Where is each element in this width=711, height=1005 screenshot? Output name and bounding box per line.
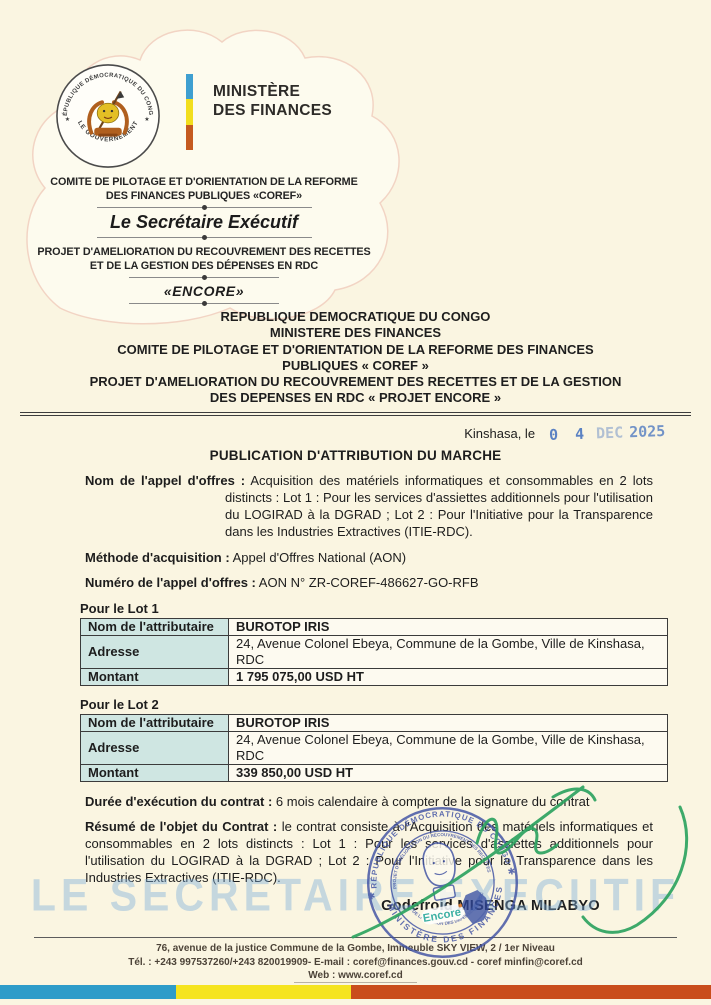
double-rule (20, 412, 691, 416)
tender-name-paragraph: Nom de l'appel d'offres : Acquisition de… (85, 472, 653, 540)
tender-number-label: Numéro de l'appel d'offres : (85, 575, 256, 590)
flag-yellow-stripe (176, 985, 351, 999)
tender-number-text: AON N° ZR-COREF-486627-GO-RFB (259, 575, 479, 590)
lot2-heading: Pour le Lot 2 (80, 697, 711, 712)
committee-line: COMITE DE PILOTAGE ET D'ORIENTATION DE L… (14, 176, 394, 190)
method-text: Appel d'Offres National (AON) (233, 550, 406, 565)
divider-dot-rule (97, 234, 312, 241)
encore-label: «ENCORE» (14, 283, 394, 299)
table-row: Nom de l'attributaire BUROTOP IRIS (81, 618, 668, 635)
document-page: RÉPUBLIQUE DÉMOCRATIQUE DU CONGO LE GOUV… (0, 0, 711, 1005)
date-stamp-year: 2025 (629, 422, 666, 441)
letterhead-org-block: COMITE DE PILOTAGE ET D'ORIENTATION DE L… (14, 176, 394, 307)
title-line: COMITE DE PILOTAGE ET D'ORIENTATION DE L… (0, 342, 711, 358)
method-line: Méthode d'acquisition : Appel d'Offres N… (85, 550, 653, 565)
method-label: Méthode d'acquisition : (85, 550, 230, 565)
row-value: 24, Avenue Colonel Ebeya, Commune de la … (229, 731, 668, 764)
lot1-table: Nom de l'attributaire BUROTOP IRIS Adres… (80, 618, 668, 686)
row-label: Nom de l'attributaire (81, 714, 229, 731)
letterhead: RÉPUBLIQUE DÉMOCRATIQUE DU CONGO LE GOUV… (0, 0, 711, 170)
star-icon: ★ (65, 116, 70, 123)
divider-dot-rule (97, 204, 312, 211)
flag-vertical-bar (186, 74, 193, 150)
lot1-heading: Pour le Lot 1 (80, 601, 711, 616)
row-label: Montant (81, 668, 229, 685)
document-title: PUBLICATION D'ATTRIBUTION DU MARCHE (0, 448, 711, 463)
footer-web: Web : www.coref.cd (294, 970, 416, 983)
flag-yellow-segment (186, 99, 193, 124)
dateline: Kinshasa, le 0 4DEC2025 (0, 424, 665, 442)
row-value: 24, Avenue Colonel Ebeya, Commune de la … (229, 635, 668, 668)
duration-label: Durée d'exécution du contrat : (85, 794, 272, 809)
row-label: Adresse (81, 635, 229, 668)
ministry-line: DES FINANCES (213, 101, 332, 120)
secretary-title: Le Secrétaire Exécutif (14, 212, 394, 233)
tender-number-line: Numéro de l'appel d'offres : AON N° ZR-C… (85, 575, 653, 590)
row-value: BUROTOP IRIS (229, 714, 668, 731)
title-line: MINISTERE DES FINANCES (0, 325, 711, 341)
tender-name-text: Acquisition des matériels informatiques … (225, 473, 653, 539)
project-line: ET DE LA GESTION DES DÉPENSES EN RDC (14, 260, 394, 274)
title-line: PUBLIQUES « COREF » (0, 358, 711, 374)
divider-dot-rule (129, 274, 279, 281)
divider-dot-rule (129, 300, 279, 307)
flag-blue-segment (186, 74, 193, 99)
table-row: Montant 1 795 075,00 USD HT (81, 668, 668, 685)
table-row: Adresse 24, Avenue Colonel Ebeya, Commun… (81, 635, 668, 668)
ministry-line: MINISTÈRE (213, 82, 332, 101)
row-label: Adresse (81, 731, 229, 764)
flag-bottom-bar (0, 985, 711, 999)
table-row: Nom de l'attributaire BUROTOP IRIS (81, 714, 668, 731)
date-stamp: 0 4DEC2025 (548, 422, 665, 444)
government-seal: RÉPUBLIQUE DÉMOCRATIQUE DU CONGO LE GOUV… (54, 62, 162, 170)
row-value: BUROTOP IRIS (229, 618, 668, 635)
ministry-title: MINISTÈRE DES FINANCES (213, 82, 332, 120)
title-line: REPUBLIQUE DEMOCRATIQUE DU CONGO (0, 309, 711, 325)
committee-line: DES FINANCES PUBLIQUES «COREF» (14, 190, 394, 204)
title-block: REPUBLIQUE DEMOCRATIQUE DU CONGO MINISTE… (0, 309, 711, 407)
row-label: Nom de l'attributaire (81, 618, 229, 635)
handwritten-signature (325, 765, 711, 960)
dateline-label: Kinshasa, le (464, 426, 535, 441)
row-value: 1 795 075,00 USD HT (229, 668, 668, 685)
project-line: PROJET D'AMELIORATION DU RECOUVREMENT DE… (14, 246, 394, 260)
date-stamp-day: 0 4 (548, 424, 588, 443)
summary-label: Résumé de l'objet du Contrat : (85, 819, 277, 834)
date-stamp-month: DEC (595, 423, 623, 442)
tender-name-label: Nom de l'appel d'offres : (85, 473, 245, 488)
flag-blue-stripe (0, 985, 176, 999)
table-row: Adresse 24, Avenue Colonel Ebeya, Commun… (81, 731, 668, 764)
title-line: PROJET D'AMELIORATION DU RECOUVREMENT DE… (0, 374, 711, 390)
row-label: Montant (81, 764, 229, 781)
flag-red-stripe (351, 985, 711, 999)
star-icon: ★ (144, 116, 149, 123)
title-line: DES DEPENSES EN RDC « PROJET ENCORE » (0, 390, 711, 406)
flag-red-segment (186, 125, 193, 150)
